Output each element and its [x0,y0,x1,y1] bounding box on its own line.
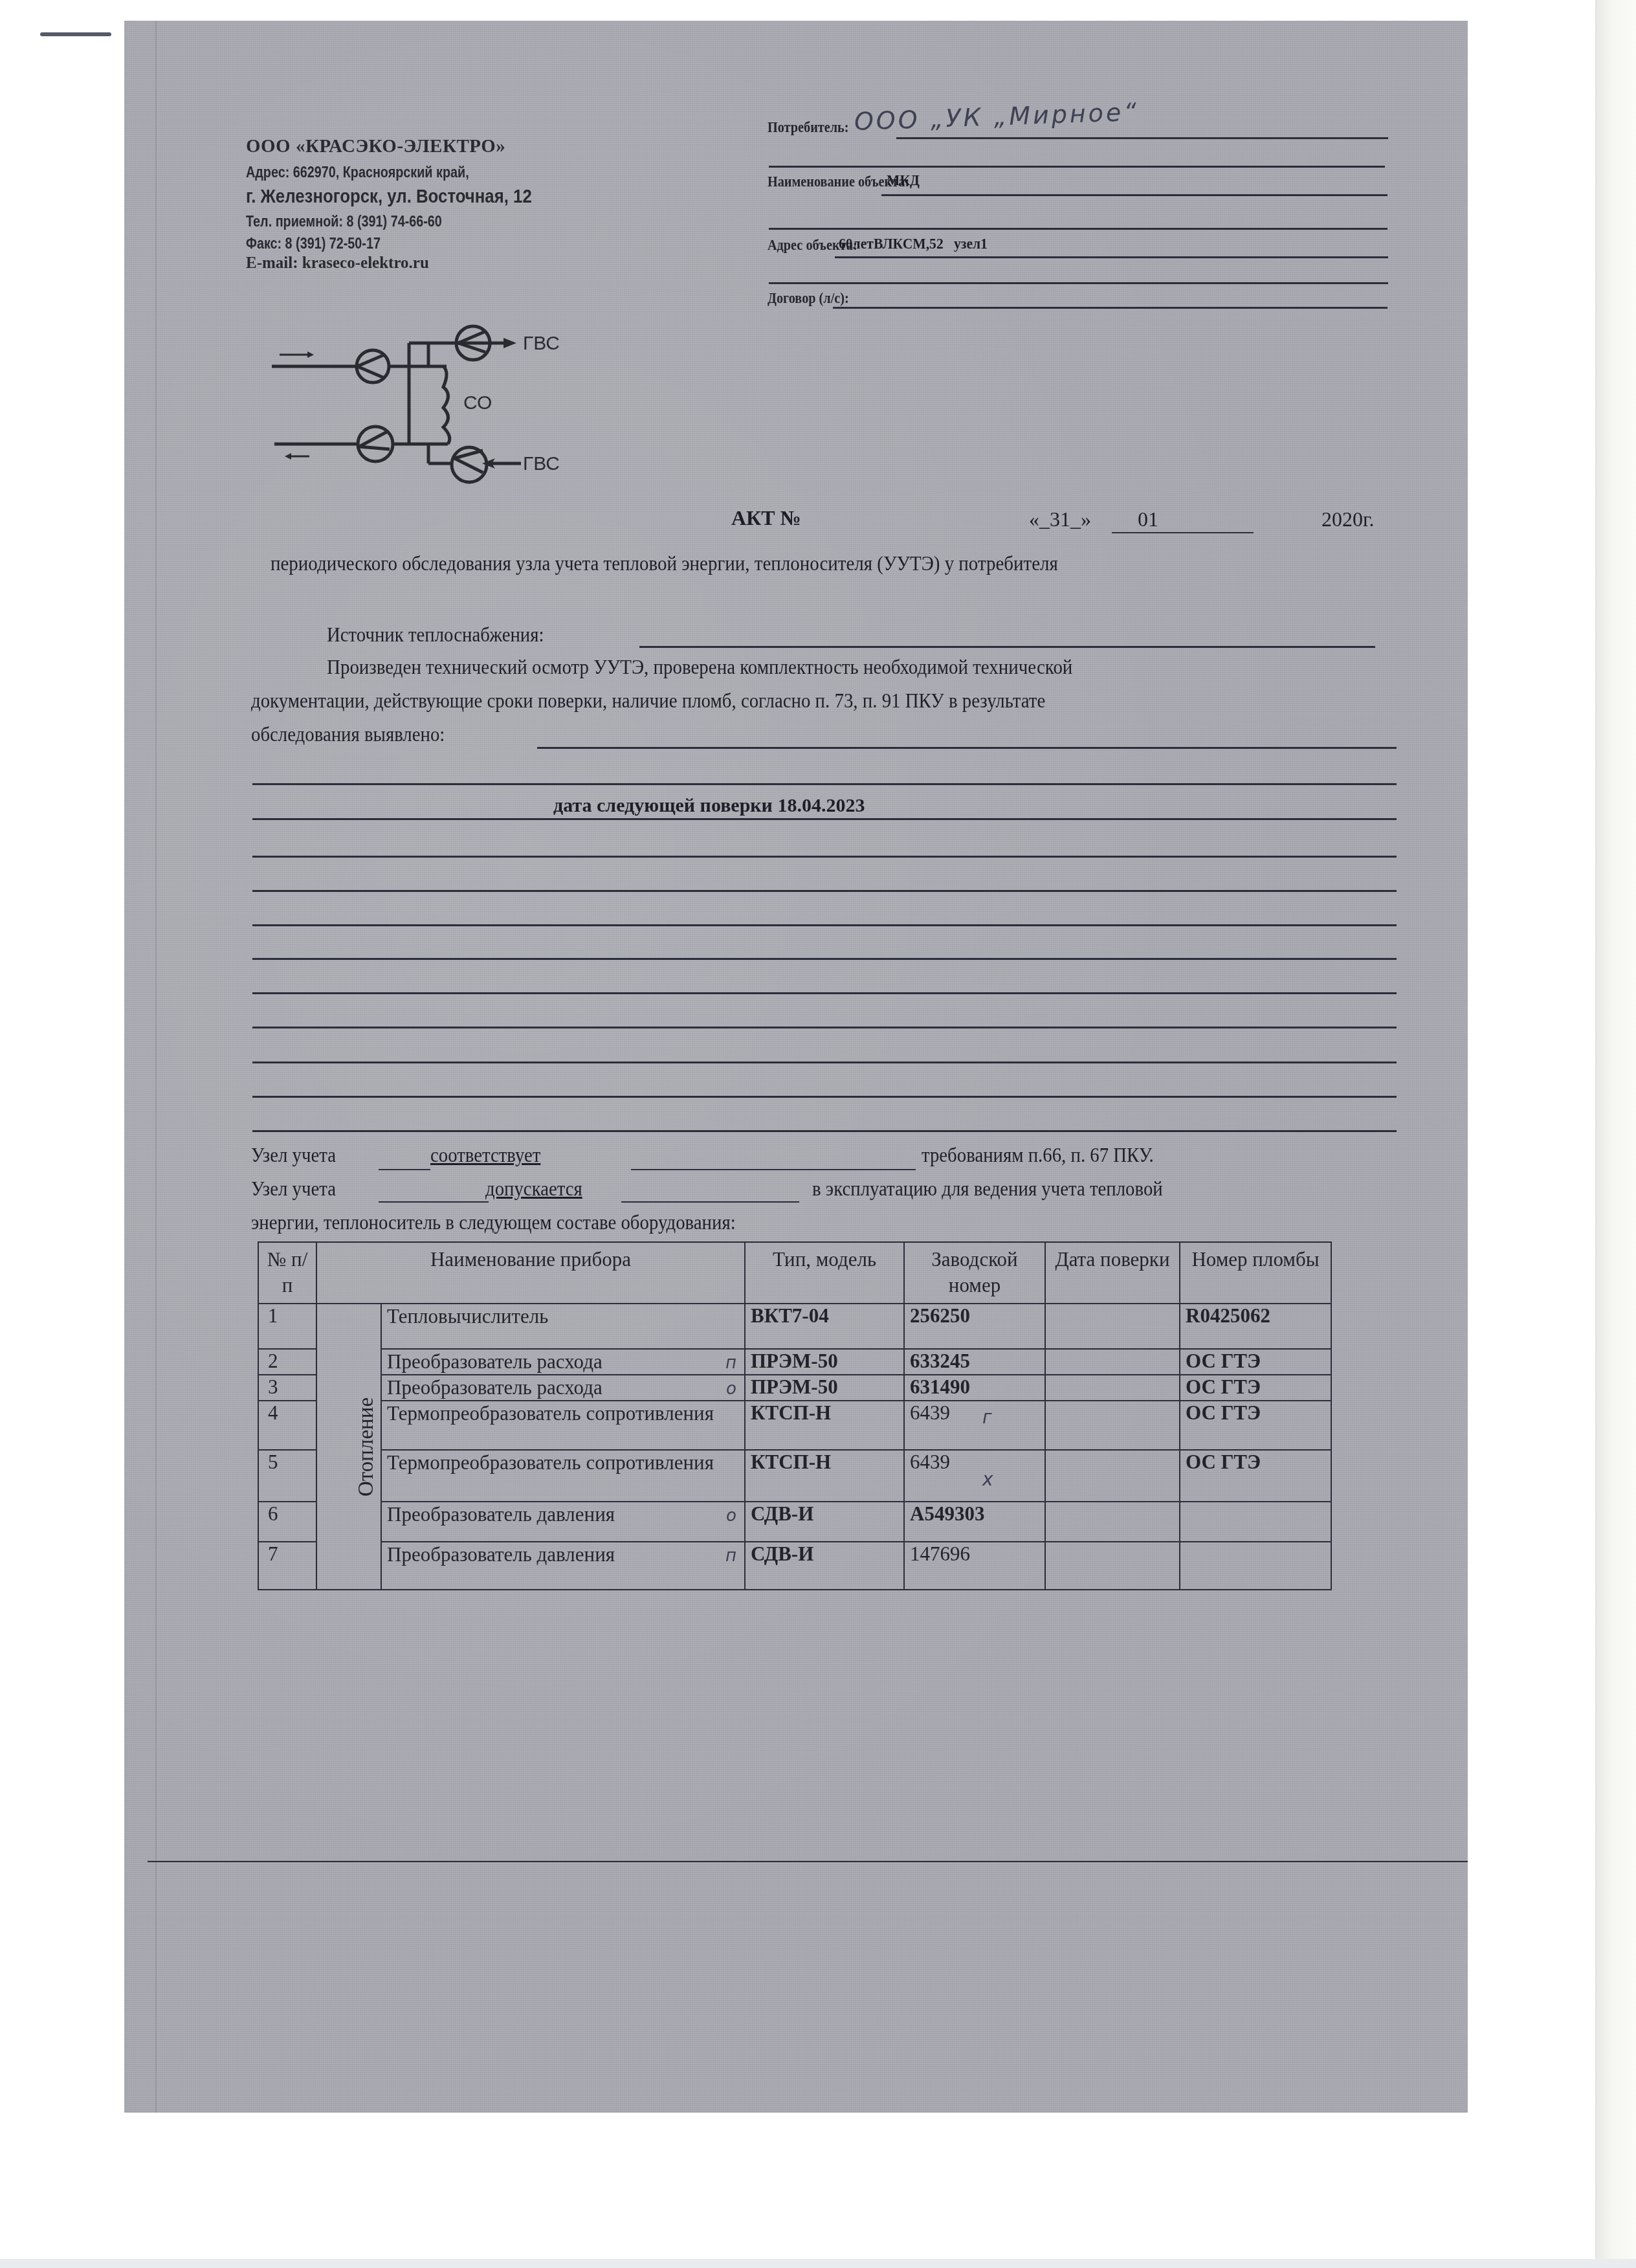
findings-line-0 [537,747,1397,749]
device-verification-date[interactable] [1045,1401,1180,1450]
scanner-edge [1595,0,1636,2268]
act-date-month-underline [1112,532,1175,533]
organization-name: ООО «КРАСЭКО-ЭЛЕКТРО» [246,136,579,157]
findings-line-7 [252,992,1397,994]
consumer-underline-2 [769,166,1385,168]
flow-direction-arrow-icon [285,453,309,460]
object-name-underline [881,194,1387,196]
row-number: 5 [258,1450,316,1502]
header-serial: Заводской номер [904,1242,1045,1304]
table-row: 5Термопреобразователь сопротивленияКТСП-… [258,1450,1331,1502]
device-verification-date[interactable] [1045,1450,1180,1502]
device-serial[interactable]: 147696 [904,1542,1045,1590]
device-verification-date[interactable] [1045,1349,1180,1375]
findings-line-2 [252,818,1397,820]
findings-line-11 [252,1130,1397,1132]
header-seal: Номер пломбы [1180,1242,1331,1304]
device-verification-date[interactable] [1045,1375,1180,1401]
device-serial[interactable]: 631490 [904,1375,1045,1401]
device-serial[interactable]: 6439х [904,1450,1045,1502]
findings-line-3 [252,856,1397,858]
act-date-day[interactable]: «_31_» [1029,507,1091,531]
act-subtitle: периодического обследования узла учета т… [271,551,1058,575]
device-serial[interactable]: А549303 [904,1502,1045,1542]
handwritten-mark: г [982,1406,992,1428]
table-row: 6Преобразователь давленияоСДВ-ИА549303 [258,1502,1331,1542]
object-address-underline-2 [769,282,1388,284]
object-address-underline [835,256,1388,258]
organization-fax: Факс: 8 (391) 72-50-17 [246,232,532,254]
diagram-label-co: СО [463,392,492,414]
inspection-text-2: документации, действующие сроки поверки,… [251,689,1045,713]
equipment-table: № п/п Наименование прибора Тип, модель З… [258,1241,1332,1590]
handwritten-mark: о [726,1504,736,1528]
diagram-label-gvs-in: ГВС [523,453,560,474]
table-row: 7Преобразователь давленияпСДВ-И147696 [258,1542,1331,1590]
device-seal[interactable] [1180,1502,1331,1542]
act-date-year-underline [1173,532,1254,533]
device-name: Тепловычислитель [381,1304,745,1349]
row-number: 3 [258,1375,316,1401]
findings-line-9 [252,1062,1397,1063]
findings-line-10 [252,1096,1397,1098]
inspection-text-3: обследования выявлено: [251,722,445,746]
device-seal[interactable]: R0425062 [1180,1304,1331,1349]
device-type[interactable]: СДВ-И [745,1502,904,1542]
handwritten-mark: п [725,1544,736,1568]
findings-line-1 [252,783,1397,785]
device-serial[interactable]: 6439г [904,1401,1045,1450]
handwritten-mark: п [725,1351,736,1375]
device-type[interactable]: ВКТ7-04 [745,1304,904,1349]
header-type: Тип, модель [745,1242,904,1304]
device-seal[interactable]: ОС ГТЭ [1180,1375,1331,1401]
device-name: Преобразователь расходап [381,1349,745,1375]
row-number: 7 [258,1542,316,1590]
device-type[interactable]: СДВ-И [745,1542,904,1590]
device-serial[interactable]: 256250 [904,1304,1045,1349]
flow-direction-arrow-icon [503,338,516,348]
admission-line-2: энергии, теплоноситель в следующем соста… [251,1210,736,1234]
device-type[interactable]: КТСП-Н [745,1450,904,1502]
device-name: Термопреобразователь сопротивления [381,1401,745,1450]
header-name: Наименование прибора [316,1242,745,1304]
flow-meter-icon [452,447,487,482]
device-verification-date[interactable] [1045,1304,1180,1349]
findings-line-8 [252,1027,1397,1028]
diagram-label-gvs-out: ГВС [523,333,560,354]
metering-scheme-diagram: ГВС СО ГВС [246,311,582,492]
device-serial[interactable]: 633245 [904,1349,1045,1375]
object-name-value[interactable]: МКД [887,172,920,190]
admission-underline-a [379,1201,489,1203]
inspection-text-1: Произведен технический осмотр УУТЭ, пров… [327,655,1072,679]
organization-phone: Тел. приемной: 8 (391) 74-66-60 [246,210,532,232]
organization-email: E-mail: kraseco-elektro.ru [246,254,579,272]
flow-direction-arrow-icon [280,351,314,358]
group-label: Отопление [355,1397,379,1496]
flow-meter-icon [358,427,393,461]
findings-line-5 [252,924,1397,926]
table-row: 4Термопреобразователь сопротивленияКТСП-… [258,1401,1331,1450]
findings-line-6 [252,958,1397,960]
contract-underline [833,307,1387,309]
heating-coil-icon [443,366,450,444]
device-name: Термопреобразователь сопротивления [381,1450,745,1502]
table-row: 3Преобразователь расходаоПРЭМ-50631490ОС… [258,1375,1331,1401]
conformity-suffix: требованиям п.66, п. 67 ПКУ. [922,1143,1154,1167]
device-type[interactable]: ПРЭМ-50 [745,1349,904,1375]
page-bottom-line [148,1861,1468,1862]
row-number: 6 [258,1502,316,1542]
act-date-year[interactable]: 2020г. [1321,507,1375,531]
act-title: АКТ № [731,506,801,530]
admission-suffix: в эксплуатацию для ведения учета теплово… [812,1177,1163,1201]
conformity-value[interactable]: соответствует [430,1143,540,1167]
device-name: Преобразователь давленияп [381,1542,745,1590]
device-name: Преобразователь давленияо [381,1502,745,1542]
device-seal[interactable]: ОС ГТЭ [1180,1450,1331,1502]
row-number: 2 [258,1349,316,1375]
heat-source-underline [639,646,1375,648]
header-num: № п/п [258,1242,316,1304]
conformity-underline-a [379,1169,430,1170]
organization-header: ООО «КРАСЭКО-ЭЛЕКТРО» Адрес: 662970, Кра… [246,136,579,272]
device-verification-date[interactable] [1045,1542,1180,1590]
handwritten-mark: х [982,1469,993,1490]
admission-underline-b [621,1201,799,1203]
heat-source-label: Источник теплоснабжения: [327,623,544,647]
device-seal[interactable] [1180,1542,1331,1590]
contract-label: Договор (л/с): [768,290,849,307]
page-fold [155,21,157,2113]
handwritten-mark: о [726,1377,736,1401]
device-verification-date[interactable] [1045,1502,1180,1542]
scanner-edge-bottom [0,2259,1636,2268]
row-number: 1 [258,1304,316,1349]
admission-value[interactable]: допускается [485,1177,582,1201]
table-row: 2Преобразователь расходапПРЭМ-50633245ОС… [258,1349,1331,1375]
device-name: Преобразователь расходао [381,1375,745,1401]
consumer-label: Потребитель: [768,119,849,136]
findings-line-4 [252,890,1397,892]
group-heating: Отопление [316,1304,381,1590]
findings-note[interactable]: дата следующей поверки 18.04.2023 [553,795,865,817]
flow-meter-icon [357,350,389,383]
act-date-month[interactable]: 01 [1138,507,1158,531]
object-address-value[interactable]: 60летВЛКСМ,52 узел1 [839,236,988,253]
device-type[interactable]: КТСП-Н [745,1401,904,1450]
consumer-underline [896,137,1388,139]
conformity-prefix: Узел учета [251,1143,336,1167]
scan-artifact [40,32,111,36]
table-row: 1ОтоплениеТепловычислительВКТ7-04256250R… [258,1304,1331,1349]
header-verification-date: Дата поверки [1045,1242,1180,1304]
row-number: 4 [258,1401,316,1450]
device-seal[interactable]: ОС ГТЭ [1180,1401,1331,1450]
object-name-underline-2 [769,228,1387,230]
device-seal[interactable]: ОС ГТЭ [1180,1349,1331,1375]
organization-address-1: Адрес: 662970, Красноярский край, [246,161,532,183]
device-type[interactable]: ПРЭМ-50 [745,1375,904,1401]
conformity-underline-b [631,1169,916,1170]
admission-prefix: Узел учета [251,1177,336,1201]
organization-address-2: г. Железногорск, ул. Восточная, 12 [246,183,532,210]
